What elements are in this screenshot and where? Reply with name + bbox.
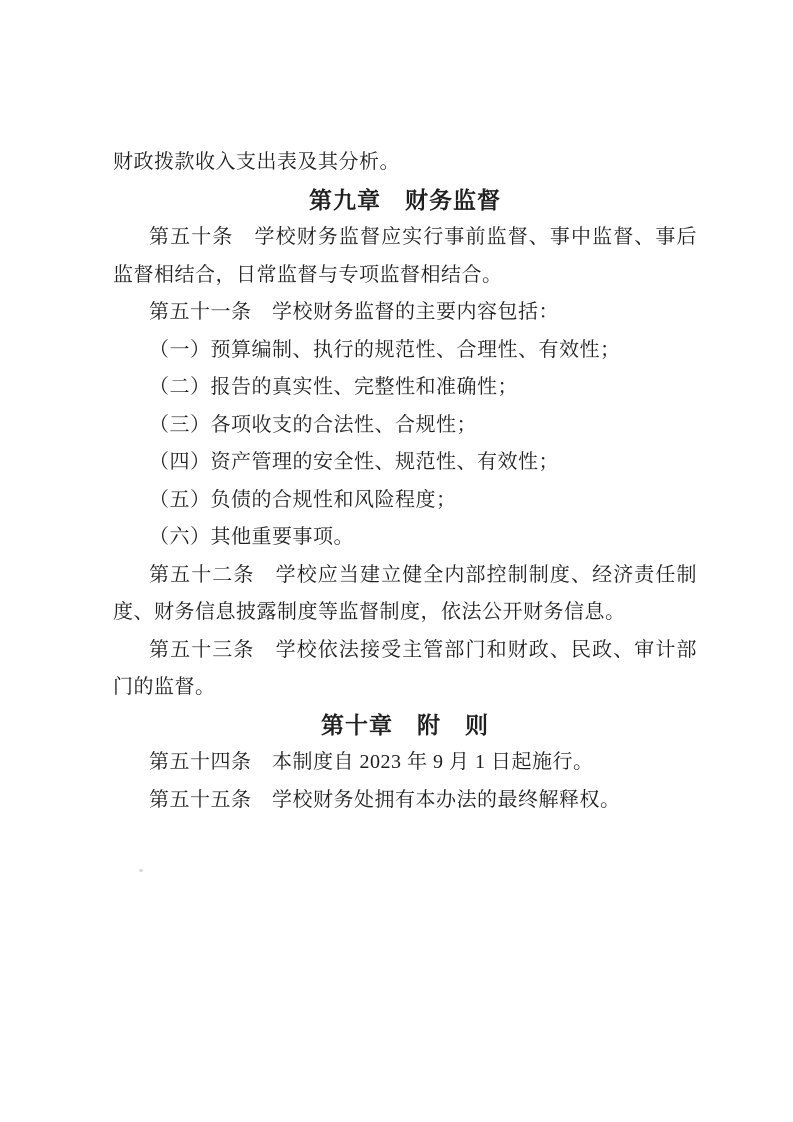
document-content: 财政拨款收入支出表及其分析。 第九章 财务监督 第五十条 学校财务监督应实行事前… — [113, 144, 697, 819]
document-page: 财政拨款收入支出表及其分析。 第九章 财务监督 第五十条 学校财务监督应实行事前… — [0, 0, 793, 1122]
article-54-line: 第五十四条 本制度自 2023 年 9 月 1 日起施行。 — [113, 744, 697, 782]
list-item-4: （四）资产管理的安全性、规范性、有效性； — [113, 444, 697, 482]
article-53-line-2: 门的监督。 — [113, 669, 697, 707]
chapter-heading-10: 第十章 附 则 — [113, 707, 697, 745]
list-item-1: （一）预算编制、执行的规范性、合理性、有效性； — [113, 332, 697, 370]
list-item-3: （三）各项收支的合法性、合规性； — [113, 407, 697, 445]
article-52-line-1: 第五十二条 学校应当建立健全内部控制制度、经济责任制 — [113, 557, 697, 595]
scan-artifact-speck — [139, 869, 143, 872]
article-51-line: 第五十一条 学校财务监督的主要内容包括： — [113, 294, 697, 332]
article-53-line-1: 第五十三条 学校依法接受主管部门和财政、民政、审计部 — [113, 632, 697, 670]
paragraph-continuation-line: 财政拨款收入支出表及其分析。 — [113, 144, 697, 182]
list-item-2: （二）报告的真实性、完整性和准确性； — [113, 369, 697, 407]
list-item-6: （六）其他重要事项。 — [113, 519, 697, 557]
article-50-line-2: 监督相结合，日常监督与专项监督相结合。 — [113, 257, 697, 295]
article-55-line: 第五十五条 学校财务处拥有本办法的最终解释权。 — [113, 782, 697, 820]
chapter-heading-9: 第九章 财务监督 — [113, 182, 697, 220]
list-item-5: （五）负债的合规性和风险程度； — [113, 482, 697, 520]
article-52-line-2: 度、财务信息披露制度等监督制度，依法公开财务信息。 — [113, 594, 697, 632]
article-50-line-1: 第五十条 学校财务监督应实行事前监督、事中监督、事后 — [113, 219, 697, 257]
